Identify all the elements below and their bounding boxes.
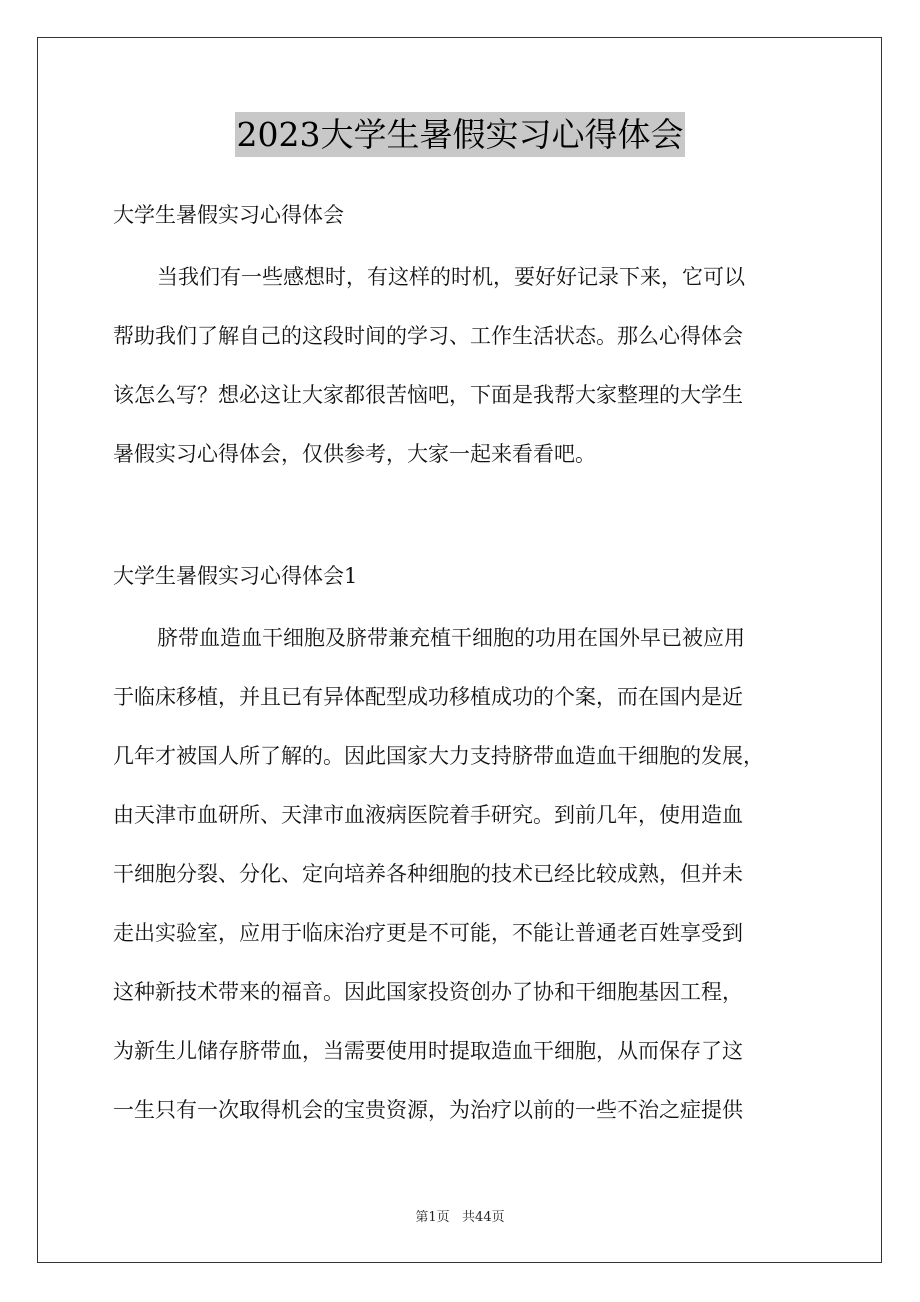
intro-line: 当我们有一些感想时，有这样的时机，要好好记录下来，它可以 (157, 265, 745, 289)
page-number-footer: 第1页 共44页 (0, 1206, 920, 1225)
body-line: 于临床移植，并且已有异体配型成功移植成功的个案，而在国内是近 (113, 685, 743, 709)
body-line: 走出实验室，应用于临床治疗更是不可能，不能让普通老百姓享受到 (113, 921, 743, 945)
title-container: 2023大学生暑假实习心得体会 (0, 112, 920, 157)
intro-line: 该怎么写？想必这让大家都很苦恼吧，下面是我帮大家整理的大学生 (113, 383, 743, 407)
body-line: 这种新技术带来的福音。因此国家投资创办了协和干细胞基因工程， (113, 980, 743, 1004)
body-line: 几年才被国人所了解的。因此国家大力支持脐带血造血干细胞的发展， (113, 744, 764, 768)
body-line: 干细胞分裂、分化、定向培养各种细胞的技术已经比较成熟，但并未 (113, 862, 743, 886)
body-line: 为新生儿储存脐带血，当需要使用时提取造血干细胞，从而保存了这 (113, 1039, 743, 1063)
body-line: 一生只有一次取得机会的宝贵资源，为治疗以前的一些不治之症提供 (113, 1098, 743, 1122)
document-subtitle: 大学生暑假实习心得体会 (113, 203, 344, 227)
document-title: 2023大学生暑假实习心得体会 (235, 112, 686, 157)
intro-line: 帮助我们了解自己的这段时间的学习、工作生活状态。那么心得体会 (113, 324, 743, 348)
section-heading: 大学生暑假实习心得体会1 (113, 564, 357, 588)
body-line: 脐带血造血干细胞及脐带兼充植干细胞的功用在国外早已被应用 (157, 626, 745, 650)
intro-line: 暑假实习心得体会，仅供参考，大家一起来看看吧。 (113, 442, 596, 466)
body-line: 由天津市血研所、天津市血液病医院着手研究。到前几年，使用造血 (113, 803, 743, 827)
